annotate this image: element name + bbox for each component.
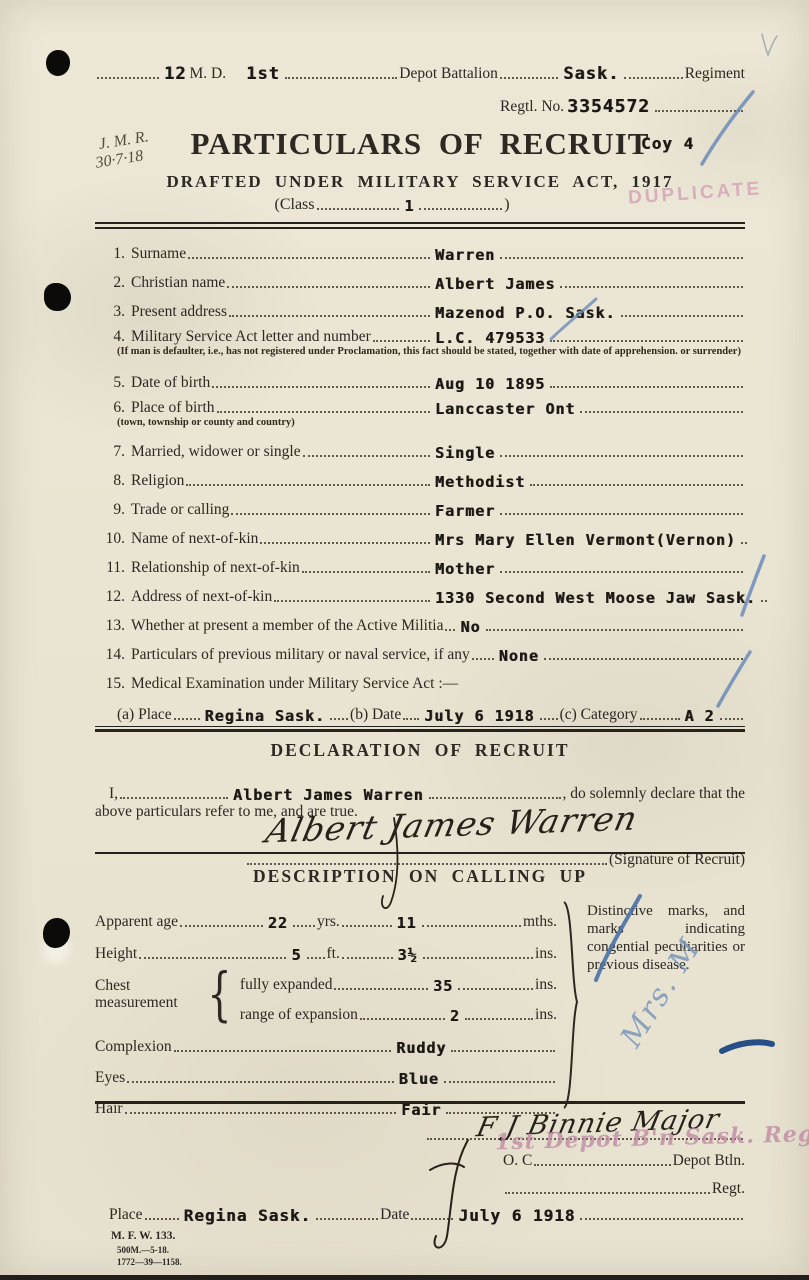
dotted-leader — [530, 484, 743, 486]
column-brace — [561, 900, 585, 1112]
age-years-unit: yrs. — [317, 913, 340, 931]
field-number: 10. — [95, 530, 125, 548]
description-heading: DESCRIPTION ON CALLING UP — [95, 866, 745, 887]
dotted-leader — [486, 629, 743, 631]
regt-line: Regt. — [95, 1170, 745, 1198]
punch-hole — [46, 50, 70, 76]
dotted-leader — [186, 484, 430, 486]
chest-full-value: 35 — [433, 977, 453, 995]
field-number: 14. — [95, 646, 125, 664]
dotted-leader — [260, 542, 430, 544]
dotted-leader — [317, 208, 400, 210]
apparent-age-row: Apparent age 22 yrs. 11 mths. — [95, 899, 557, 931]
field-row: 13.Whether at present a member of the Ac… — [95, 606, 745, 635]
field-label: Date of birth — [131, 374, 210, 392]
dotted-leader — [120, 797, 228, 799]
field-number: 7. — [95, 443, 125, 461]
dotted-leader — [342, 925, 392, 927]
height-label: Height — [95, 945, 137, 963]
dotted-leader — [429, 797, 561, 799]
company-number: Coy 4 — [641, 134, 694, 153]
chest-brace: { — [207, 960, 231, 1028]
dotted-leader — [231, 513, 430, 515]
dotted-leader — [180, 925, 263, 927]
chest-expanded-row: fully expanded 35 ins. — [240, 964, 557, 994]
dotted-leader — [534, 1164, 670, 1166]
field-row: 12.Address of next-of-kin 1330 Second We… — [95, 577, 745, 606]
dotted-leader — [274, 600, 430, 602]
age-months-unit: mths. — [523, 913, 557, 931]
chest-full-label: fully expanded — [240, 976, 333, 994]
regtl-no-label: Regtl. No. — [500, 98, 564, 116]
dotted-leader — [174, 718, 200, 720]
field-row: 5.Date of birth Aug 10 1895 — [95, 363, 745, 392]
dotted-leader — [640, 718, 680, 720]
dotted-leader — [217, 411, 430, 413]
field-label: Address of next-of-kin — [131, 588, 272, 606]
dotted-leader — [302, 571, 430, 573]
dotted-leader — [360, 1018, 445, 1020]
height-ft-unit: ft. — [327, 945, 340, 963]
scan-edge — [0, 1275, 809, 1280]
regtl-no-value: 3354572 — [567, 96, 650, 117]
field-value: Lanccaster Ont — [435, 400, 575, 418]
field-label: Medical Examination under Military Servi… — [131, 675, 458, 693]
field-row: 3.Present address Mazenod P.O. Sask. — [95, 292, 745, 321]
dotted-leader — [500, 571, 743, 573]
class-open: (Class — [275, 196, 315, 214]
field-value: Warren — [435, 246, 495, 264]
dotted-leader — [560, 286, 743, 288]
field-number: 2. — [95, 274, 125, 292]
field-value: Farmer — [435, 502, 495, 520]
field-label: Married, widower or single — [131, 443, 301, 461]
place-label: Place — [109, 1206, 143, 1224]
medical-exam-line: (a) Place Regina Sask. (b) Date July 6 1… — [117, 693, 745, 724]
dotted-leader — [500, 257, 743, 259]
regt-label: Regt. — [712, 1180, 745, 1198]
dotted-leader — [411, 1218, 453, 1220]
field-row: 15.Medical Examination under Military Se… — [95, 664, 745, 693]
dotted-leader — [334, 988, 428, 990]
dotted-leader — [212, 386, 430, 388]
class-value: 1 — [404, 197, 414, 215]
section-rule — [95, 1101, 745, 1104]
complexion-label: Complexion — [95, 1038, 172, 1056]
field-value: 1330 Second West Moose Jaw Sask. — [435, 589, 756, 607]
punch-hole — [44, 283, 71, 311]
declaration-heading: DECLARATION OF RECRUIT — [95, 740, 745, 761]
field-label: Trade or calling — [131, 501, 229, 519]
field-label: Relationship of next-of-kin — [131, 559, 300, 577]
height-ft-value: 5 — [291, 946, 301, 964]
dotted-leader — [316, 1218, 378, 1220]
dotted-leader — [741, 542, 747, 544]
dotted-leader — [97, 77, 159, 79]
declaration-line: I, Albert James Warren , do solemnly dec… — [95, 767, 745, 803]
section-rule — [95, 222, 745, 229]
field-row: 11.Relationship of next-of-kin Mother — [95, 548, 745, 577]
field-value: Mrs Mary Ellen Vermont(Vernon) — [435, 531, 736, 549]
chest-measurement-block: Chest measurement { fully expanded 35 in… — [95, 963, 557, 1025]
place-label: (a) Place — [117, 706, 172, 724]
dotted-leader — [624, 77, 682, 79]
dotted-leader — [227, 286, 430, 288]
dotted-leader — [174, 1050, 392, 1052]
dotted-leader — [307, 957, 325, 959]
field-label: Religion — [131, 472, 184, 490]
field-row: 4.Military Service Act letter and number… — [95, 321, 745, 346]
field-value: Single — [435, 444, 495, 462]
declared-name: Albert James Warren — [233, 786, 424, 804]
dotted-leader — [500, 513, 743, 515]
dotted-leader — [451, 1050, 555, 1052]
field-label: Surname — [131, 245, 186, 263]
chest-full-unit: ins. — [535, 976, 557, 994]
field-label: Particulars of previous military or nava… — [131, 646, 470, 664]
form-reference: 1772—39—1158. — [117, 1257, 745, 1267]
depot-btln-label: Depot Btln. — [673, 1152, 745, 1170]
battalion-label: Depot Battalion — [399, 65, 498, 83]
field-row: 8.Religion Methodist — [95, 461, 745, 490]
chest-label: Chest measurement — [95, 977, 199, 1011]
age-label: Apparent age — [95, 913, 178, 931]
field-number: 1. — [95, 245, 125, 263]
eyes-value: Blue — [399, 1070, 439, 1088]
dotted-leader — [445, 629, 455, 631]
dotted-leader — [550, 340, 743, 342]
field-number: 15. — [95, 675, 125, 693]
dotted-leader — [293, 925, 315, 927]
field-row: 10.Name of next-of-kin Mrs Mary Ellen Ve… — [95, 519, 745, 548]
place-value: Regina Sask. — [184, 1206, 312, 1225]
dotted-leader — [342, 957, 393, 959]
regiment-label: Regiment — [685, 65, 745, 83]
pen-checkmark — [762, 34, 777, 55]
field-label: Place of birth — [131, 399, 215, 417]
dotted-leader — [330, 718, 348, 720]
dotted-leader — [139, 957, 286, 959]
recruit-form-scan: 12 M. D. 1st Depot Battalion Sask. Regim… — [0, 0, 809, 1280]
chest-range-value: 2 — [450, 1007, 460, 1025]
height-in-value: 3½ — [398, 946, 418, 964]
dotted-leader — [580, 411, 743, 413]
date-label: Date — [380, 1206, 409, 1224]
form-reference: M. F. W. 133. — [111, 1230, 745, 1242]
dotted-leader — [444, 1081, 555, 1083]
age-months-value: 11 — [397, 914, 417, 932]
dotted-leader — [285, 77, 397, 79]
eyes-label: Eyes — [95, 1069, 125, 1087]
field-number: 13. — [95, 617, 125, 635]
field-number: 4. — [95, 328, 125, 346]
field-value: Albert James — [435, 275, 555, 293]
field-value: No — [460, 618, 480, 636]
class-line: (Class 1 ) — [275, 196, 510, 214]
field-number: 9. — [95, 501, 125, 519]
section-rule — [95, 726, 745, 732]
dotted-leader — [550, 386, 743, 388]
date-value: July 6 1918 — [424, 707, 534, 725]
dotted-leader — [188, 257, 430, 259]
dotted-leader — [465, 1018, 533, 1020]
dotted-leader — [229, 315, 430, 317]
dotted-leader — [500, 455, 743, 457]
height-in-unit: ins. — [535, 945, 557, 963]
battalion-number: 1st — [246, 64, 280, 84]
field-value: None — [499, 647, 539, 665]
dotted-leader — [303, 455, 430, 457]
dotted-leader — [720, 718, 743, 720]
complexion-value: Ruddy — [396, 1039, 446, 1057]
field-label: Present address — [131, 303, 227, 321]
dotted-leader — [458, 988, 533, 990]
field-label: Whether at present a member of the Activ… — [131, 617, 443, 635]
md-label: M. D. — [189, 65, 226, 83]
field-row: 1.Surname Warren — [95, 234, 745, 263]
field-number: 3. — [95, 303, 125, 321]
field-number: 11. — [95, 559, 125, 577]
dotted-leader — [419, 208, 502, 210]
dotted-leader — [247, 863, 607, 865]
place-date-line: Place Regina Sask. Date July 6 1918 — [95, 1198, 745, 1224]
dotted-leader — [423, 957, 533, 959]
class-close: ) — [504, 196, 509, 214]
regiment-name: Sask. — [563, 64, 619, 84]
category-value: A 2 — [685, 707, 715, 725]
chest-range-row: range of expansion 2 ins. — [240, 994, 557, 1024]
dotted-leader — [500, 77, 558, 79]
field-note: (town, township or county and country) — [117, 417, 745, 430]
date-label: (b) Date — [350, 706, 401, 724]
dotted-leader — [621, 315, 743, 317]
eyes-row: Eyes Blue — [95, 1056, 557, 1087]
regtl-no-line: Regtl. No. 3354572 — [95, 96, 745, 116]
field-value: Mazenod P.O. Sask. — [435, 304, 616, 322]
complexion-row: Complexion Ruddy — [95, 1025, 557, 1056]
field-row: 6.Place of birth Lanccaster Ont — [95, 392, 745, 417]
field-label: Christian name — [131, 274, 225, 292]
field-label: Name of next-of-kin — [131, 530, 258, 548]
field-row: 2.Christian name Albert James — [95, 263, 745, 292]
dotted-leader — [761, 600, 767, 602]
dotted-leader — [127, 1081, 394, 1083]
chest-range-label: range of expansion — [240, 1006, 358, 1024]
dotted-leader — [472, 658, 494, 660]
dotted-leader — [540, 718, 558, 720]
dotted-leader — [580, 1218, 743, 1220]
chest-range-unit: ins. — [535, 1006, 557, 1024]
date-value: July 6 1918 — [458, 1206, 575, 1225]
dotted-leader — [403, 718, 419, 720]
dotted-leader — [655, 110, 743, 112]
punch-hole — [43, 918, 70, 948]
dotted-leader — [505, 1192, 710, 1194]
field-value: Aug 10 1895 — [435, 375, 545, 393]
field-row: 9.Trade or calling Farmer — [95, 490, 745, 519]
section-rule — [95, 852, 745, 854]
dotted-leader — [373, 340, 430, 342]
place-value: Regina Sask. — [205, 707, 325, 725]
height-row: Height 5 ft. 3½ ins. — [95, 931, 557, 963]
field-label: Military Service Act letter and number — [131, 328, 371, 346]
field-number: 8. — [95, 472, 125, 490]
field-number: 12. — [95, 588, 125, 606]
md-number: 12 — [164, 64, 186, 84]
field-note: (If man is defaulter, i.e., has not regi… — [117, 346, 745, 361]
regiment-header-line: 12 M. D. 1st Depot Battalion Sask. Regim… — [95, 64, 745, 83]
age-years-value: 22 — [268, 914, 288, 932]
form-reference: 500M.—5-18. — [117, 1245, 745, 1255]
field-value: Mother — [435, 560, 495, 578]
dotted-leader — [422, 925, 521, 927]
field-row: 14.Particulars of previous military or n… — [95, 635, 745, 664]
category-label: (c) Category — [560, 706, 638, 724]
dotted-leader — [544, 658, 743, 660]
field-value: Methodist — [435, 473, 525, 491]
field-value: L.C. 479533 — [435, 329, 545, 347]
field-row: 7.Married, widower or single Single — [95, 432, 745, 461]
dotted-leader — [145, 1218, 179, 1220]
field-number: 6. — [95, 399, 125, 417]
declaration-pre: I, — [109, 785, 118, 803]
field-number: 5. — [95, 374, 125, 392]
